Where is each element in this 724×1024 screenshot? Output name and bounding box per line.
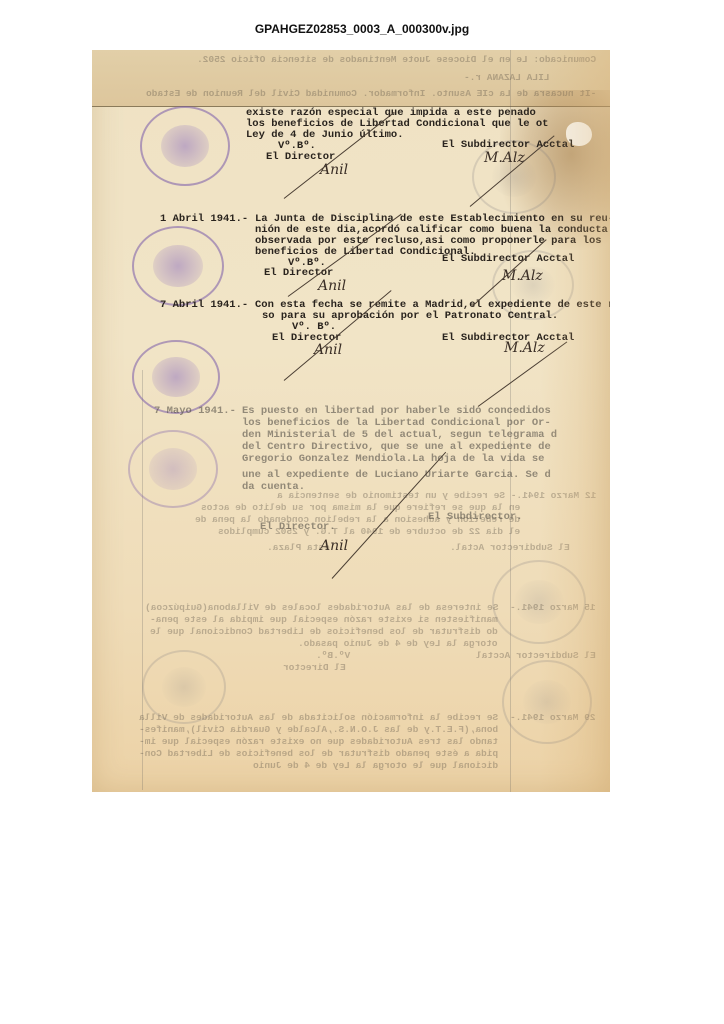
subdirector-signature: M.Alz (504, 340, 545, 356)
bleed-through-line: de rebelion y adhesion a la rebelion con… (195, 514, 520, 527)
prison-stamp (128, 430, 218, 508)
ghost-stamp (502, 660, 592, 744)
director-signature: Anil (318, 278, 346, 294)
bleed-through-line: LILA LAZANA r.- (464, 72, 550, 85)
bleed-through-line: El Subdirector Actal. (450, 542, 570, 555)
bleed-through-line: 12 Marzo 1941.- Se recibe y un testimoni… (277, 490, 596, 503)
bleed-through-director: El Director (283, 662, 346, 675)
file-title: GPAHGEZ02853_0003_A_000300v.jpg (0, 22, 724, 36)
entry-line: Ley de 4 de Junio último. (246, 130, 404, 142)
entry-date: 1 Abril 1941.- (160, 214, 248, 226)
bleed-through-date: 29 Marzo 1941.- (510, 712, 596, 725)
entry-line: los beneficios de la Libertad Condiciona… (242, 418, 551, 430)
bleed-through-date: 15 Marzo 1941.- (510, 602, 596, 615)
bleed-through-vobo: Vº.Bº. (316, 650, 350, 663)
entry-line: Gregorio Gonzalez Mendiola.La hoja de la… (242, 454, 544, 466)
prison-stamp (140, 106, 230, 186)
bleed-through-line: Se interesa de las Autoridades locales d… (145, 602, 498, 615)
subdirector-signature: M.Alz (502, 268, 543, 284)
bleed-through-line: manifiesten si existe razón especial que… (150, 614, 498, 627)
document-page: Comunicado: Le en el Diocese Juote Menti… (92, 50, 610, 792)
bleed-through-subdirector: El Subdirector Acctal (476, 650, 596, 663)
bleed-through-line: tando las tres Autoridades que no existe… (139, 736, 498, 749)
bleed-through-line: dicional que le otorga la Ley de 4 de Ju… (253, 760, 498, 773)
bleed-through-line: otorga la Ley de 4 de Junio pasado. (298, 638, 498, 651)
bleed-through-line: bona,(F.E.T.y de las J.O.N.S.,Alcalde y … (139, 724, 498, 737)
bleed-through-line: pida a éste penado disfrutar de los bene… (139, 748, 498, 761)
prison-stamp (132, 340, 220, 414)
subdirector-label: El Subdirector Acctal (442, 254, 574, 266)
director-signature: Anil (320, 162, 348, 178)
prison-stamp (132, 226, 224, 306)
bleed-through-line: do disfrutar de los beneficios de Libert… (150, 626, 498, 639)
bleed-through-line: Comunicado: Le en el Diocese Juote Menti… (197, 54, 596, 67)
entry-date: 7 Abril 1941.- (160, 300, 248, 312)
bleed-through-line: -It nucasra de La cIE Asunto. Informador… (146, 88, 596, 101)
bleed-through-line: Se recibe la información solicitada de l… (139, 712, 498, 725)
entry-line: den Ministerial de 5 del actual, segun t… (242, 430, 557, 442)
bleed-through-line: esta Plaza. (267, 542, 330, 555)
entry-line: une al expediente de Luciano Uriarte Gar… (242, 470, 551, 482)
entry-line: Es puesto en libertad por haberle sido c… (242, 406, 551, 418)
entry-line: del Centro Directivo, que se une al expe… (242, 442, 551, 454)
entry-date: 7 Mayo 1941.- (154, 406, 236, 418)
bleed-through-line: en la que se refiere que la misma por su… (201, 502, 520, 515)
